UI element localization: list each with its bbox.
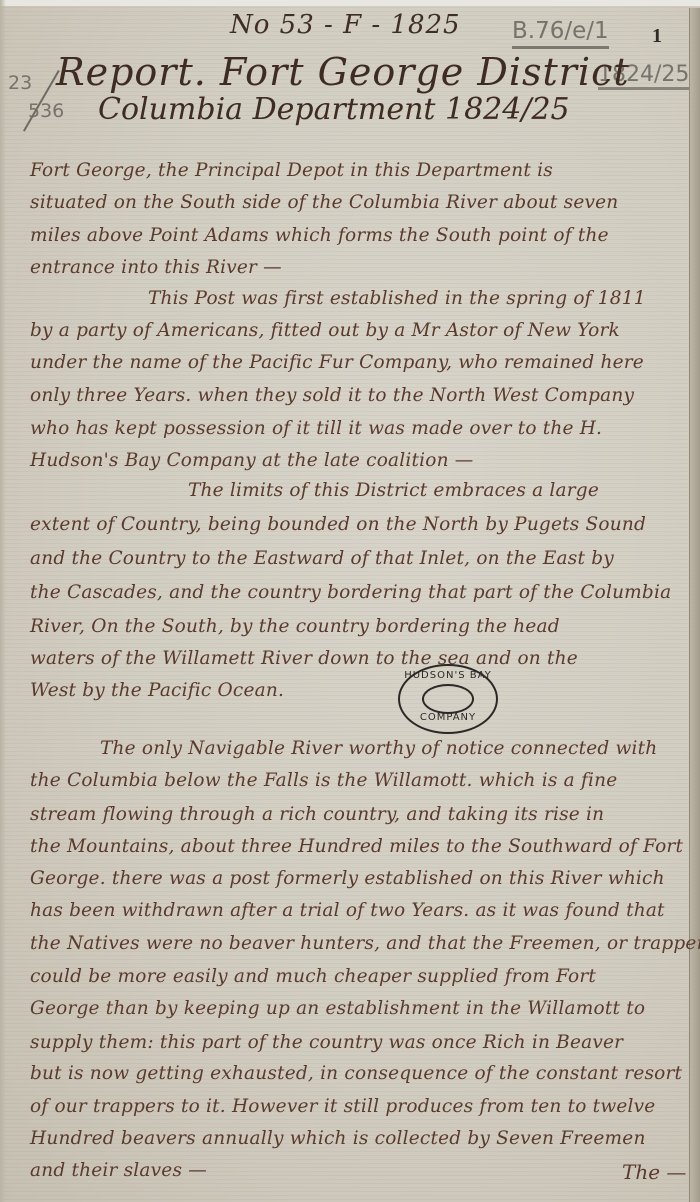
- text-line: under the name of the Pacific Fur Compan…: [30, 352, 644, 373]
- text-line: and their slaves —: [30, 1160, 207, 1181]
- text-line: by a party of Americans, fitted out by a…: [30, 320, 620, 341]
- text-line: only three Years. when they sold it to t…: [30, 385, 634, 406]
- text-line: could be more easily and much cheaper su…: [30, 966, 596, 987]
- text-line: waters of the Willamett River down to th…: [30, 648, 578, 669]
- text-line: Hundred beavers annually which is collec…: [30, 1128, 646, 1149]
- text-line: The only Navigable River worthy of notic…: [100, 738, 657, 759]
- text-line: the Mountains, about three Hundred miles…: [30, 836, 683, 857]
- document-title: Report. Fort George District: [56, 50, 630, 94]
- text-line: of our trappers to it. However it still …: [30, 1096, 655, 1117]
- text-line: The limits of this District embraces a l…: [188, 480, 599, 501]
- text-line: River, On the South, by the country bord…: [30, 616, 560, 637]
- text-line: This Post was first established in the s…: [148, 288, 646, 309]
- page-right-edge: [689, 8, 700, 1202]
- page-top-edge: [0, 0, 700, 6]
- catchword: The —: [622, 1160, 686, 1184]
- text-line: who has kept possession of it till it wa…: [30, 418, 602, 439]
- stamp-top-text: HUDSON'S BAY: [400, 670, 496, 681]
- text-line: George than by keeping up an establishme…: [30, 998, 645, 1019]
- page-number: 1: [652, 25, 662, 48]
- text-line: George. there was a post formerly establ…: [30, 868, 665, 889]
- archive-reference: B.76/e/1: [512, 18, 609, 49]
- text-line: extent of Country, being bounded on the …: [30, 514, 646, 535]
- folio-reference: No 53 - F - 1825: [230, 10, 461, 40]
- text-line: Fort George, the Principal Depot in this…: [30, 160, 553, 181]
- text-line: the Natives were no beaver hunters, and …: [30, 933, 700, 954]
- hudsons-bay-company-stamp: HUDSON'S BAY COMPANY: [398, 664, 498, 734]
- text-line: supply them: this part of the country wa…: [30, 1032, 623, 1053]
- text-line: Hudson's Bay Company at the late coaliti…: [30, 450, 474, 471]
- text-line: stream flowing through a rich country, a…: [30, 804, 604, 825]
- text-line: and the Country to the Eastward of that …: [30, 548, 614, 569]
- stamp-inner-oval: [422, 684, 474, 714]
- text-line: entrance into this River —: [30, 257, 282, 278]
- page-binding-shadow: [0, 0, 6, 1202]
- document-subtitle: Columbia Department 1824/25: [98, 92, 570, 127]
- manuscript-page: No 53 - F - 1825 B.76/e/1 1 1824/25 23 5…: [0, 0, 700, 1202]
- text-line: miles above Point Adams which forms the …: [30, 225, 609, 246]
- text-line: the Columbia below the Falls is the Will…: [30, 770, 617, 791]
- text-line: West by the Pacific Ocean.: [30, 680, 284, 701]
- text-line: the Cascades, and the country bordering …: [30, 582, 671, 603]
- text-line: has been withdrawn after a trial of two …: [30, 900, 665, 921]
- text-line: but is now getting exhausted, in consequ…: [30, 1063, 682, 1084]
- text-line: situated on the South side of the Columb…: [30, 192, 618, 213]
- stamp-bottom-text: COMPANY: [400, 712, 496, 723]
